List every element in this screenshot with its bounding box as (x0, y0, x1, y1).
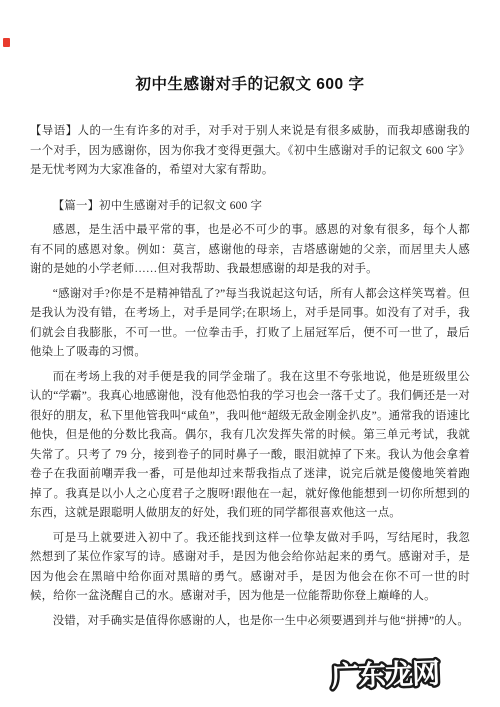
body-paragraph: 没错，对手确实是值得你感谢的人，也是你一生中必须要遇到并与他“拼搏”的人。 (30, 612, 470, 632)
watermark-logo: 广东龙网 (327, 650, 472, 698)
article-body: 【导语】人的一生有许多的对手，对手对于别人来说是有很多威胁，而我却感谢我的一个对… (30, 122, 470, 631)
body-paragraph: 可是马上就要进入初中了。我还能找到这样一位挚友做对手吗，写结尾时，我忽然想到了某… (30, 529, 470, 607)
watermark-text: 广东龙网 (331, 658, 440, 693)
watermark-svg: 广东龙网 (327, 650, 472, 698)
page-title: 初中生感谢对手的记叙文 600 字 (30, 76, 470, 94)
document-page: 初中生感谢对手的记叙文 600 字 【导语】人的一生有许多的对手，对手对于别人来… (0, 0, 500, 707)
intro-paragraph: 【导语】人的一生有许多的对手，对手对于别人来说是有很多威胁，而我却感谢我的一个对… (30, 122, 470, 181)
red-dot-marker (3, 38, 10, 47)
body-paragraph: 而在考场上我的对手便是我的同学金瑞了。我在这里不夸张地说，他是班级里公认的“学霸… (30, 368, 470, 524)
section-heading: 【篇一】初中生感谢对手的记叙文 600 字 (30, 197, 470, 217)
body-paragraph: “感谢对手?你是不是精神错乱了?”每当我说起这句话，所有人都会这样笑骂着。但是我… (30, 285, 470, 363)
body-paragraph: 感恩，是生活中最平常的事，也是必不可少的事。感恩的对象有很多，每个人都有不同的感… (30, 221, 470, 280)
